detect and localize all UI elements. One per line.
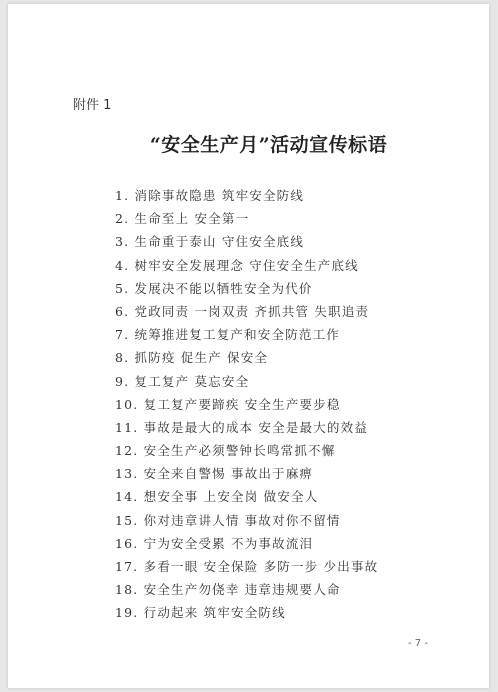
slogan-item: 11. 事故是最大的成本 安全是最大的效益: [115, 416, 378, 439]
slogan-item: 19. 行动起来 筑牢安全防线: [115, 601, 378, 624]
document-title: “安全生产月”活动宣传标语: [8, 130, 489, 157]
slogan-item: 8. 抓防疫 促生产 保安全: [115, 346, 378, 369]
slogan-item: 10. 复工复产要蹄疾 安全生产要步稳: [115, 393, 378, 416]
document-page: 附件 1 “安全生产月”活动宣传标语 1. 消除事故隐患 筑牢安全防线 2. 生…: [8, 4, 489, 688]
attachment-label: 附件 1: [73, 94, 111, 113]
slogan-item: 9. 复工复产 莫忘安全: [115, 370, 378, 393]
slogan-list: 1. 消除事故隐患 筑牢安全防线 2. 生命至上 安全第一 3. 生命重于泰山 …: [115, 184, 378, 625]
slogan-item: 2. 生命至上 安全第一: [115, 207, 378, 230]
slogan-item: 15. 你对违章讲人情 事故对你不留情: [115, 509, 378, 532]
slogan-item: 6. 党政同责 一岗双责 齐抓共管 失职追责: [115, 300, 378, 323]
slogan-item: 12. 安全生产必须警钟长鸣常抓不懈: [115, 439, 378, 462]
slogan-item: 5. 发展决不能以牺牲安全为代价: [115, 277, 378, 300]
slogan-item: 13. 安全来自警惕 事故出于麻痹: [115, 462, 378, 485]
slogan-item: 4. 树牢安全发展理念 守住安全生产底线: [115, 254, 378, 277]
slogan-item: 17. 多看一眼 安全保险 多防一步 少出事故: [115, 555, 378, 578]
slogan-item: 1. 消除事故隐患 筑牢安全防线: [115, 184, 378, 207]
slogan-item: 18. 安全生产勿侥幸 违章违规要人命: [115, 578, 378, 601]
slogan-item: 16. 宁为安全受累 不为事故流泪: [115, 532, 378, 555]
slogan-item: 14. 想安全事 上安全岗 做安全人: [115, 485, 378, 508]
slogan-item: 7. 统筹推进复工复产和安全防范工作: [115, 323, 378, 346]
page-number: - 7 -: [408, 638, 428, 649]
slogan-item: 3. 生命重于泰山 守住安全底线: [115, 230, 378, 253]
